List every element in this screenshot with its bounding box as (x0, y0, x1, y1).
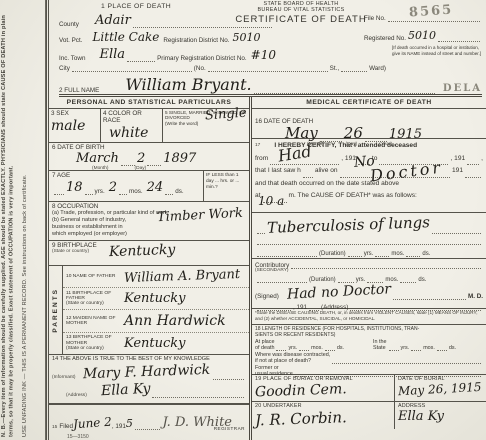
cause-of-death-block: Tuberculosis of lungs (Duration) yrs. mo… (252, 213, 486, 259)
dotted-line (341, 63, 367, 72)
age-row: 7 AGE 18 yrs. 2 mos. 24 ds. (49, 171, 249, 202)
county-value: Adair (95, 13, 131, 28)
dotted-line (309, 302, 319, 311)
residence-heading-line2: SIENTS OR RECENT RESIDENTS) (255, 332, 483, 338)
dotted-line (438, 33, 480, 42)
contracted-label2: if not at place of death? (255, 358, 311, 364)
medical-section-title: MEDICAL CERTIFICATE OF DEATH (252, 97, 486, 109)
birthplace-value: Kentucky (109, 242, 176, 260)
father-name-label: 10 NAME OF FATHER (66, 274, 124, 279)
inc-town-label: Inc. Town (59, 55, 86, 62)
filed-year-hw: 5 (126, 417, 133, 430)
at-place-label2: of death (255, 345, 274, 351)
age-if-less-note: IF LESS than 1 day ... hrs. or ... min.? (203, 171, 249, 201)
full-name-value: William Bryant. (125, 75, 251, 94)
dotted-line (133, 19, 272, 28)
duration-ds-label: ds. (422, 251, 430, 257)
city-no-label: (No. (194, 65, 206, 72)
filed-year-print: , 191 (112, 423, 126, 430)
town-row: Inc. Town Ella Primary Registration Dist… (59, 47, 379, 62)
precinct-row: Vot. Pct. Little Cake Registration Distr… (59, 30, 379, 44)
dotted-line (437, 342, 447, 351)
precinct-label: Vot. Pct. (59, 37, 82, 44)
occupation-b-line3: which employed (or employer) (52, 231, 246, 238)
occupation-row: 8 OCCUPATION (a) Trade, profession, or p… (49, 202, 249, 242)
signed-label: (Signed) (255, 293, 279, 300)
mother-birthplace-value: Kentucky (124, 336, 186, 351)
dotted-line (257, 225, 265, 234)
dotted-line (303, 169, 313, 178)
dotted-line (254, 85, 435, 94)
date-of-birth-row: 6 DATE OF BIRTH March 2 1897 (Month) (Da… (49, 143, 249, 171)
dotted-line (257, 274, 307, 283)
duration-ds-label: ds. (418, 277, 426, 283)
dob-year: 1897 (163, 151, 196, 166)
dotted-line (350, 302, 481, 311)
file-no-stamp: 8565 (409, 2, 454, 20)
filed-number: 15 (52, 425, 57, 430)
year-191-print: , 191 (293, 304, 307, 311)
columns: PERSONAL AND STATISTICAL PARTICULARS 3 S… (49, 97, 486, 440)
registered-no-value: 5010 (408, 29, 436, 42)
city-row: City (No. St., Ward) (59, 63, 386, 72)
hospital-note: [If death occurred in a hospital or inst… (392, 45, 482, 56)
medical-certificate-column: MEDICAL CERTIFICATE OF DEATH 16 DATE OF … (252, 97, 486, 440)
undertaker-address-value: Ella Ky (398, 409, 483, 424)
place-of-burial-value: Goodin Cem. (255, 380, 391, 401)
undertaker-value: J. R. Corbin. (255, 407, 392, 430)
dotted-line (119, 186, 127, 195)
duration-yrs-label: yrs. (364, 251, 374, 257)
partial-stamp: DELA (443, 83, 482, 94)
dotted-line (276, 342, 286, 351)
mos-label: mos. (311, 345, 323, 351)
mother-name-label: 12 MAIDEN NAME OF MOTHER (66, 316, 124, 327)
dotted-line (257, 248, 317, 257)
signed-handwriting: Had no Doctor (286, 281, 391, 302)
registration-district-value: 5010 (233, 31, 261, 44)
primary-district-value: #10 (251, 48, 276, 62)
certify-block: 17 I HEREBY CERTIFY, That I attended dec… (252, 139, 486, 213)
dotted-line (332, 355, 481, 364)
sex-label: 3 SEX (51, 110, 98, 117)
header: 1 PLACE OF DEATH STATE BOARD OF HEALTH B… (49, 0, 486, 97)
dotted-line (325, 342, 335, 351)
age-years: 18 (66, 180, 83, 195)
age-months: 2 (109, 180, 117, 195)
ds-label: ds. (449, 345, 456, 351)
informant-value: Mary F. Hardwick (83, 362, 211, 382)
certify-number: 17 (255, 140, 260, 153)
mos-label: mos. (423, 345, 435, 351)
duration-label: (Duration) (309, 277, 336, 283)
sex-race-marital-row: 3 SEX male 4 COLOR OR RACE white 5 SINGL… (49, 109, 249, 143)
sex-value: male (51, 118, 98, 134)
dotted-line (85, 186, 93, 195)
dotted-line (467, 156, 479, 165)
duration-label: (Duration) (319, 251, 346, 257)
dotted-line (152, 389, 244, 398)
residence-block: 18 LENGTH OF RESIDENCE (FOR HOSPITALS, I… (252, 325, 486, 375)
file-no-label: File No. (364, 15, 386, 22)
margin-note-inner: USE UNFADING INK — THIS IS A PERMANENT R… (21, 0, 46, 440)
race-label: 4 COLOR OR RACE (103, 110, 160, 124)
dob-day: 2 (137, 151, 145, 166)
duration-mos-label: mos. (391, 251, 404, 257)
informant-heading: 14 THE ABOVE IS TRUE TO THE BEST OF MY K… (52, 356, 246, 362)
dotted-line (432, 225, 481, 234)
primary-district-label: Primary Registration District No. (157, 55, 247, 62)
dotted-line (165, 186, 173, 195)
dob-label: 6 DATE OF BIRTH (52, 144, 246, 151)
dotted-line (54, 186, 64, 195)
registration-district-label: Registration District No. (163, 37, 229, 44)
from-label: from (255, 153, 268, 166)
file-number-block: File No. 8565 Registered No. 5010 [If de… (364, 13, 482, 56)
cause-intro: m. The CAUSE OF DEATH* was as follows: (289, 190, 417, 203)
city-label: City (59, 65, 70, 72)
father-name-value: William A. Bryant (124, 267, 241, 286)
margin-note-outer: N. B.—Every item of information should b… (0, 0, 21, 440)
dotted-line (72, 63, 192, 72)
date-of-death-row: 16 DATE OF DEATH May 26 1915 (Month) (Da… (252, 109, 486, 139)
dotted-line (338, 274, 354, 283)
dotted-line (127, 53, 155, 62)
dotted-line (400, 274, 416, 283)
dotted-line (135, 421, 161, 430)
had-handwriting: Had (277, 145, 312, 163)
age-label: 7 AGE (52, 172, 200, 179)
age-mos-label: mos. (129, 188, 143, 195)
dotted-line (208, 63, 328, 72)
inc-town-value: Ella (100, 47, 126, 62)
parents-vertical-label: PARENTS (52, 288, 59, 333)
dotted-line (257, 302, 291, 311)
personal-statistical-column: PERSONAL AND STATISTICAL PARTICULARS 3 S… (49, 97, 252, 440)
city-ward-label: Ward) (369, 65, 386, 72)
dotted-line (348, 248, 362, 257)
in-the-label2: State (373, 345, 386, 351)
precinct-value: Little Cake (92, 30, 159, 44)
dotted-line (147, 157, 161, 166)
race-value: white (109, 125, 160, 141)
dotted-line (411, 342, 421, 351)
informant-block: 14 THE ABOVE IS TRUE TO THE BEST OF MY K… (49, 355, 249, 404)
year-191-print: , 191 (450, 153, 465, 166)
dotted-line (257, 236, 481, 245)
undertaker-row: 20 UNDERTAKER J. R. Corbin. ADDRESS Ella… (252, 402, 486, 429)
year-191-print: 191 (452, 165, 463, 178)
dotted-line (389, 342, 399, 351)
father-birthplace-label: 11 BIRTHPLACE OF FATHER (66, 291, 124, 302)
comma: , (481, 153, 483, 166)
informant-address-label: (Address) (66, 393, 87, 398)
burial-row: 19 PLACE OF BURIAL OR REMOVAL Goodin Cem… (252, 375, 486, 402)
full-name-label: 2 FULL NAME (59, 87, 99, 94)
age-days: 24 (147, 180, 164, 195)
filed-row: 15 Filed June 2 , 191 5 J. D. White REGI… (49, 404, 249, 432)
mother-birthplace-label: 13 BIRTHPLACE OF MOTHER (66, 335, 124, 346)
city-st-label: St., (330, 65, 339, 72)
filed-date: June 2 (73, 415, 113, 432)
parents-block: PARENTS 10 NAME OF FATHER William A. Bry… (49, 266, 249, 355)
dotted-line (213, 371, 244, 380)
dob-month: March (76, 151, 119, 166)
time-of-death-handwriting: 10 a (258, 195, 284, 208)
full-name-row: 2 FULL NAME William Bryant. DELA (59, 73, 482, 97)
contributory-block: Contributory (SECONDARY) (Duration) yrs.… (252, 259, 486, 309)
last-saw-label: that I last saw h (255, 165, 301, 178)
alive-on-label: alive on (315, 165, 338, 178)
dotted-line (121, 157, 135, 166)
violent-causes-footnote: *State the DISEASE CAUSING DEATH, or, in… (252, 309, 486, 325)
place-of-death-label: 1 PLACE OF DEATH (101, 3, 171, 10)
informant-address-value: Ella Ky (100, 381, 150, 400)
dotted-line (375, 248, 389, 257)
age-yrs-label: yrs. (95, 188, 105, 195)
birthplace-row: 9 BIRTHPLACE (State or country) Kentucky (49, 241, 249, 266)
dotted-line (406, 248, 420, 257)
filed-label: Filed (59, 423, 73, 430)
occupation-b-line2: business or establishment in (52, 224, 246, 231)
father-birthplace-sub: (State or country) (66, 301, 124, 306)
dotted-line (393, 291, 466, 300)
certificate-form: 1 PLACE OF DEATH STATE BOARD OF HEALTH B… (46, 0, 486, 440)
informant-label: (Informant) (52, 375, 75, 380)
death-certificate-scan: N. B.—Every item of information should b… (0, 0, 486, 440)
margin-notes: N. B.—Every item of information should b… (0, 0, 46, 440)
dotted-line (465, 169, 481, 178)
registrar-label: REGISTRAR (214, 426, 245, 431)
father-birthplace-value: Kentucky (124, 291, 186, 306)
dotted-line (299, 342, 309, 351)
marital-value: Single (205, 105, 248, 123)
age-ds-label: ds. (175, 188, 183, 195)
county-label: County (59, 21, 79, 28)
address-label: (Address) (321, 304, 348, 311)
county-row: County Adair (59, 13, 274, 28)
date-of-burial-value: May 26, 1915 (398, 380, 484, 398)
ds-label: ds. (337, 345, 344, 351)
yrs-label: yrs. (288, 345, 297, 351)
md-label: M. D. (468, 293, 483, 300)
form-number: 15—3150 (49, 432, 249, 440)
mother-birthplace-sub: (State or country) (66, 346, 124, 351)
dotted-line (291, 260, 481, 269)
yrs-label: yrs. (401, 345, 410, 351)
mother-name-value: Ann Hardwick (124, 313, 226, 329)
